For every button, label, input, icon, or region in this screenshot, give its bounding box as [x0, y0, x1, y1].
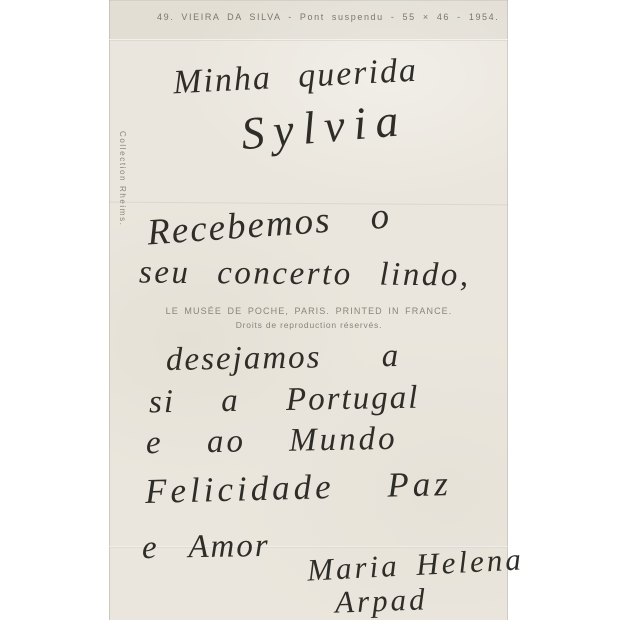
handwriting-line-salutation: Minha querida	[172, 54, 418, 101]
handwriting-line: Felicidade Paz	[145, 466, 453, 509]
postcard: 49. VIEIRA DA SILVA - Pont suspendu - 55…	[109, 0, 508, 620]
handwriting-line: desejamos a	[166, 340, 401, 377]
handwriting-signature-name: Maria Helena	[306, 543, 524, 585]
handwriting-line-addressee: Sylvia	[239, 97, 409, 157]
handwriting-line: e ao Mundo	[146, 423, 398, 460]
handwriting-line: seu concerto lindo,	[139, 257, 471, 293]
handwriting-line: e Amor	[142, 530, 270, 565]
imprint-publisher-line: LE MUSÉE DE POCHE, PARIS. PRINTED IN FRA…	[119, 306, 499, 316]
paper-crease-top	[109, 39, 508, 41]
printed-imprint: LE MUSÉE DE POCHE, PARIS. PRINTED IN FRA…	[119, 306, 499, 330]
printed-artwork-caption: 49. VIEIRA DA SILVA - Pont suspendu - 55…	[157, 12, 499, 22]
imprint-rights-line: Droits de reproduction réservés.	[119, 320, 499, 330]
handwriting-signature-name2: Arpad	[334, 583, 428, 617]
printed-side-caption: Collection Rheims.	[118, 131, 127, 227]
handwriting-line: Recebemos o	[146, 198, 392, 252]
handwriting-line: si a Portugal	[149, 382, 420, 420]
